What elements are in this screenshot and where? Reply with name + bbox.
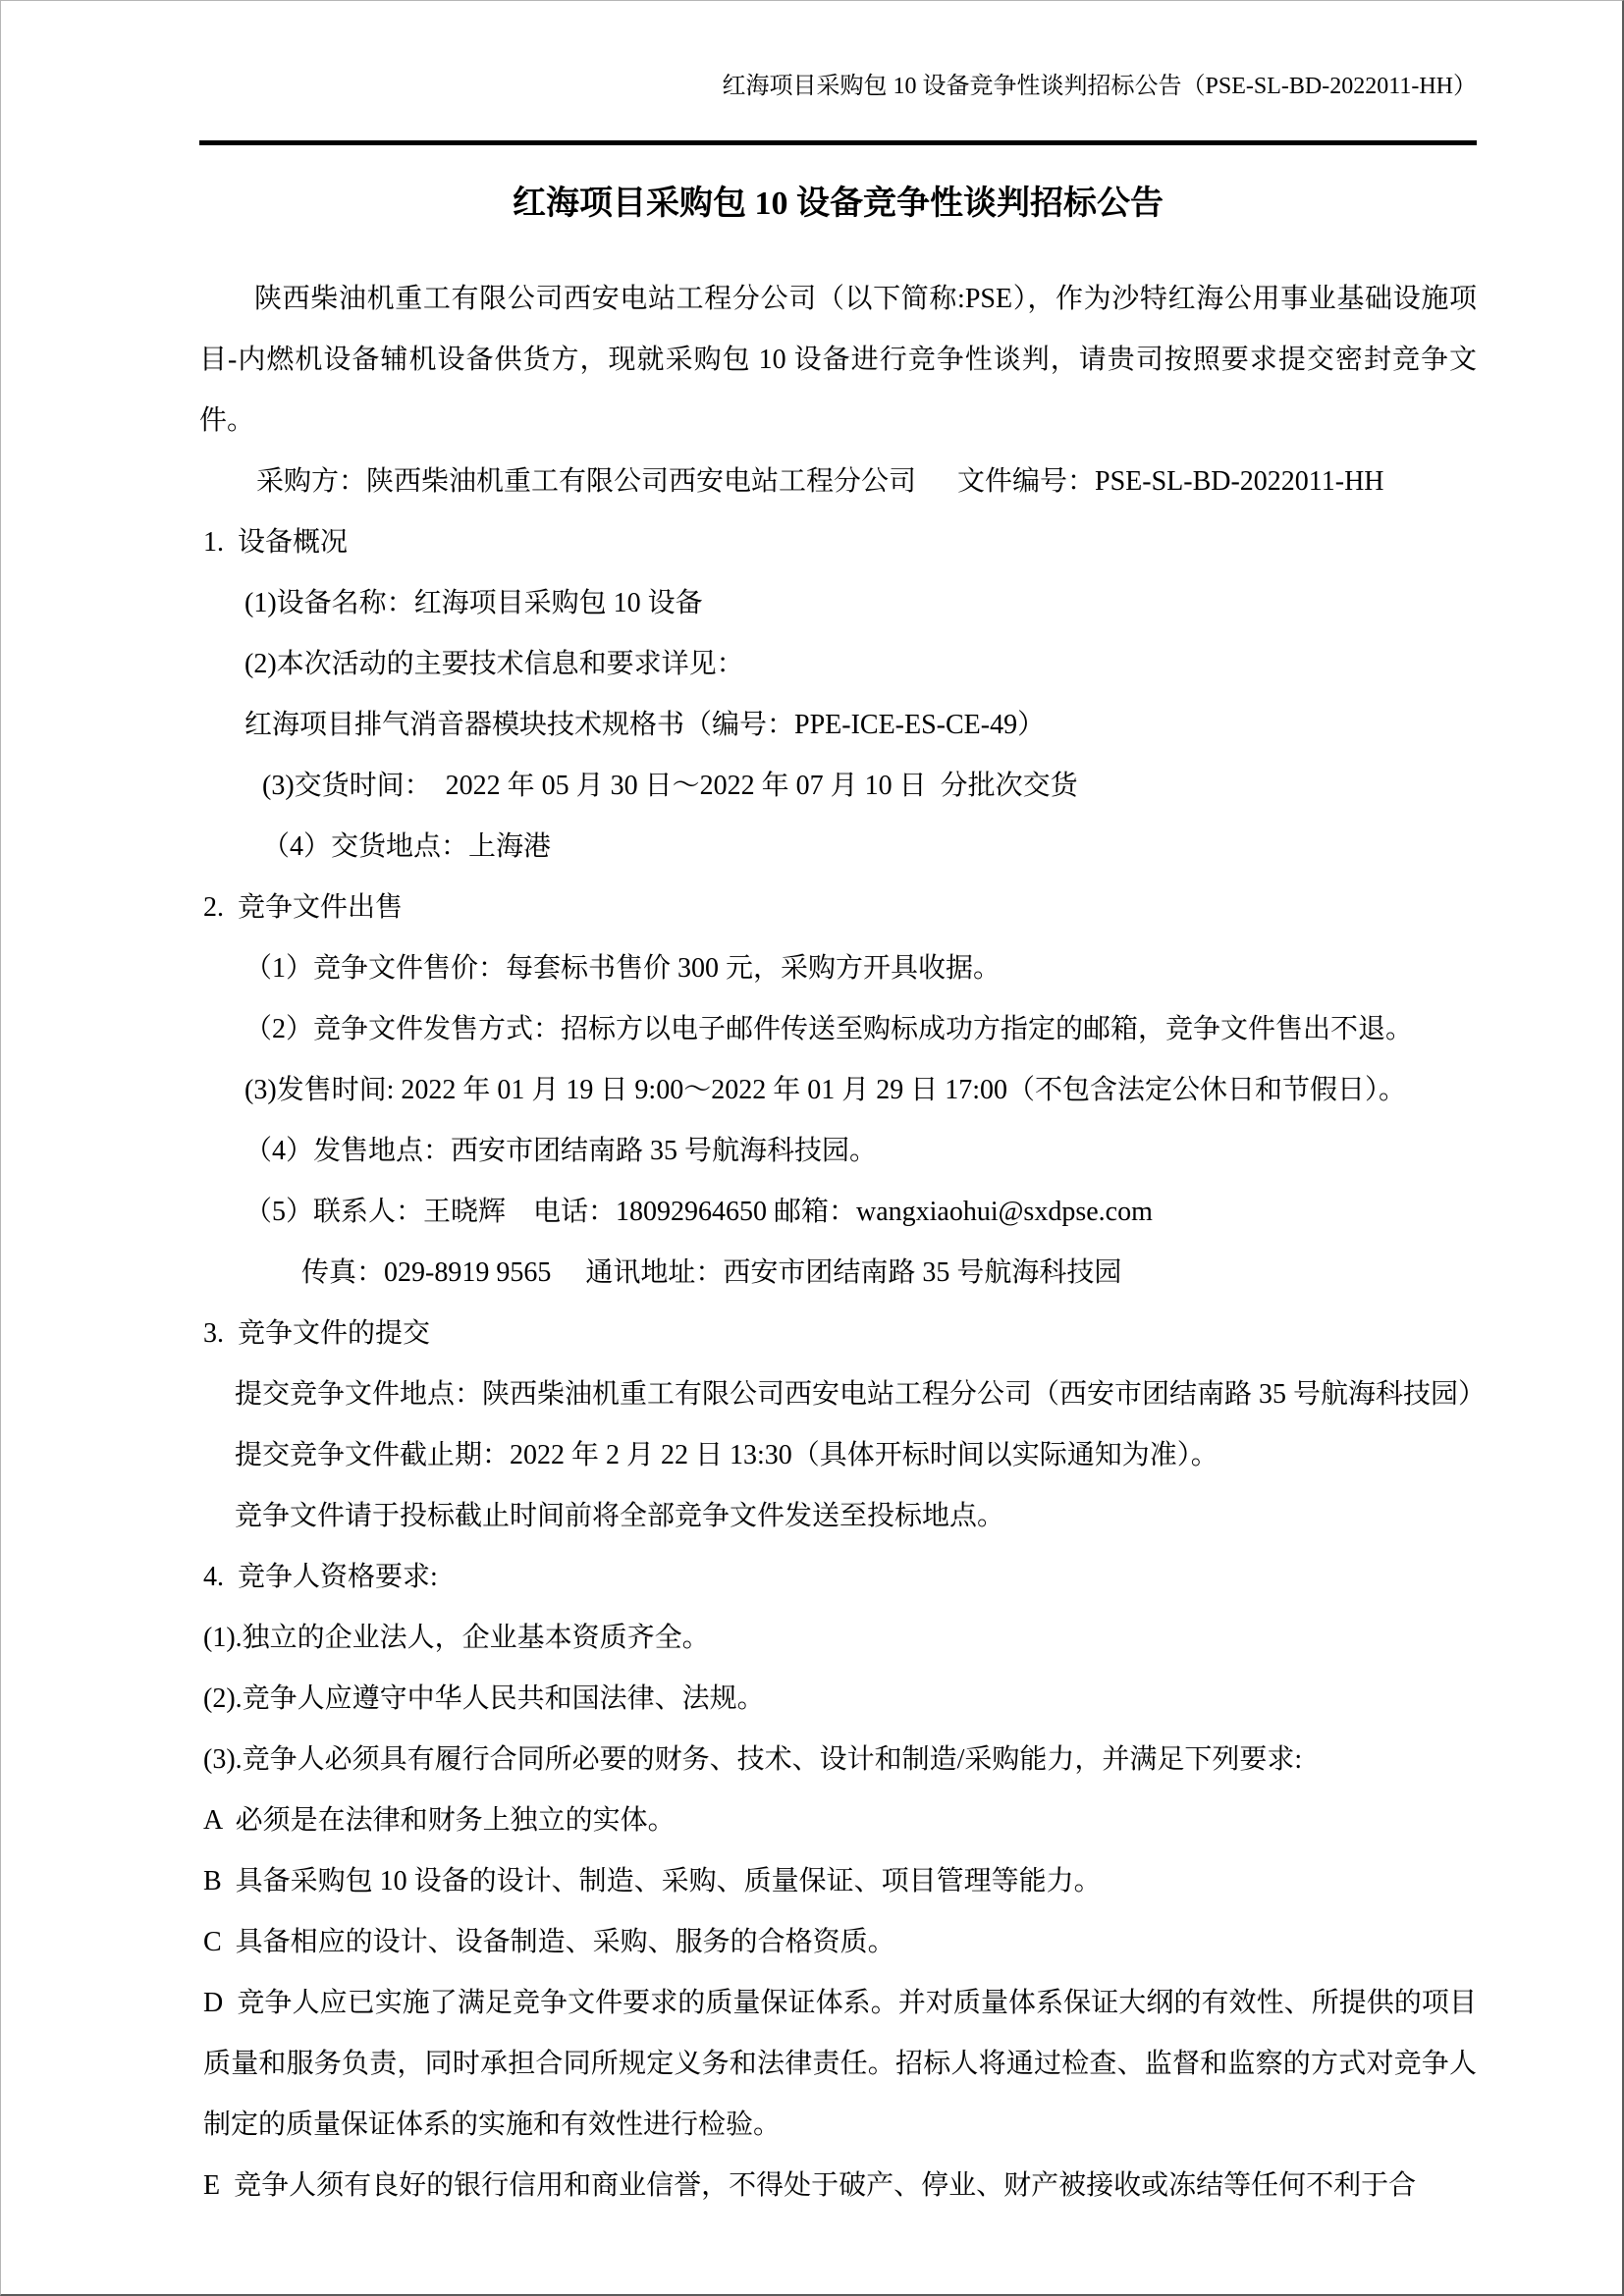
paragraph: (2).竞争人应遵守中华人民共和国法律、法规。 xyxy=(203,1669,1477,1730)
paragraph: 3. 竞争文件的提交 xyxy=(203,1304,1477,1364)
header-divider-rule xyxy=(199,140,1477,145)
paragraph: (1).独立的企业法人，企业基本资质齐全。 xyxy=(203,1608,1477,1669)
paragraph: 传真：029-8919 9565 通讯地址：西安市团结南路 35 号航海科技园 xyxy=(301,1243,1477,1304)
paragraph: （5）联系人：王晓辉 电话：18092964650 邮箱：wangxiaohui… xyxy=(244,1182,1477,1243)
paragraph: （1）竞争文件售价：每套标书售价 300 元，采购方开具收据。 xyxy=(244,938,1477,999)
document-content: 红海项目采购包 10 设备竞争性谈判招标公告（PSE-SL-BD-2022011… xyxy=(199,1,1477,2216)
document-page: 红海项目采购包 10 设备竞争性谈判招标公告（PSE-SL-BD-2022011… xyxy=(0,0,1624,2296)
paragraph: D 竞争人应已实施了满足竞争文件要求的质量保证体系。并对质量体系保证大纲的有效性… xyxy=(203,1973,1477,2156)
document-title: 红海项目采购包 10 设备竞争性谈判招标公告 xyxy=(199,175,1477,234)
paragraph: 1. 设备概况 xyxy=(203,512,1477,573)
paragraph: (3).竞争人必须具有履行合同所必要的财务、技术、设计和制造/采购能力，并满足下… xyxy=(203,1730,1477,1790)
paragraph: （4）发售地点：西安市团结南路 35 号航海科技园。 xyxy=(244,1121,1477,1182)
paragraph: （4）交货地点：上海港 xyxy=(262,817,1477,878)
paragraph: C 具备相应的设计、设备制造、采购、服务的合格资质。 xyxy=(203,1912,1477,1973)
paragraph: (1)设备名称：红海项目采购包 10 设备 xyxy=(244,573,1477,634)
paragraph: （2）竞争文件发售方式：招标方以电子邮件传送至购标成功方指定的邮箱，竞争文件售出… xyxy=(244,999,1477,1060)
paragraph: (3)发售时间: 2022 年 01 月 19 日 9:00～2022 年 01… xyxy=(244,1060,1477,1121)
paragraph: 4. 竞争人资格要求: xyxy=(203,1547,1477,1608)
paragraph: 竞争文件请于投标截止时间前将全部竞争文件发送至投标地点。 xyxy=(235,1486,1477,1547)
paragraph: 陕西柴油机重工有限公司西安电站工程分公司（以下简称:PSE），作为沙特红海公用事… xyxy=(199,269,1477,452)
paragraph: B 具备采购包 10 设备的设计、制造、采购、质量保证、项目管理等能力。 xyxy=(203,1851,1477,1912)
paragraph: 提交竞争文件截止期：2022 年 2 月 22 日 13:30（具体开标时间以实… xyxy=(235,1425,1477,1486)
paragraph: 2. 竞争文件出售 xyxy=(203,878,1477,938)
paragraph: E 竞争人须有良好的银行信用和商业信誉，不得处于破产、停业、财产被接收或冻结等任… xyxy=(203,2156,1477,2216)
paragraph: 红海项目排气消音器模块技术规格书（编号：PPE-ICE-ES-CE-49） xyxy=(244,695,1477,756)
paragraph: (2)本次活动的主要技术信息和要求详见： xyxy=(244,634,1477,695)
header-reference: 红海项目采购包 10 设备竞争性谈判招标公告（PSE-SL-BD-2022011… xyxy=(199,72,1477,101)
paragraph: (3)交货时间： 2022 年 05 月 30 日～2022 年 07 月 10… xyxy=(262,756,1477,817)
document-body: 陕西柴油机重工有限公司西安电站工程分公司（以下简称:PSE），作为沙特红海公用事… xyxy=(199,269,1477,2216)
paragraph: 采购方：陕西柴油机重工有限公司西安电站工程分公司 文件编号：PSE-SL-BD-… xyxy=(256,452,1477,512)
paragraph: A 必须是在法律和财务上独立的实体。 xyxy=(203,1790,1477,1851)
page-header: 红海项目采购包 10 设备竞争性谈判招标公告（PSE-SL-BD-2022011… xyxy=(199,1,1477,145)
paragraph: 提交竞争文件地点：陕西柴油机重工有限公司西安电站工程分公司（西安市团结南路 35… xyxy=(199,1364,1477,1425)
